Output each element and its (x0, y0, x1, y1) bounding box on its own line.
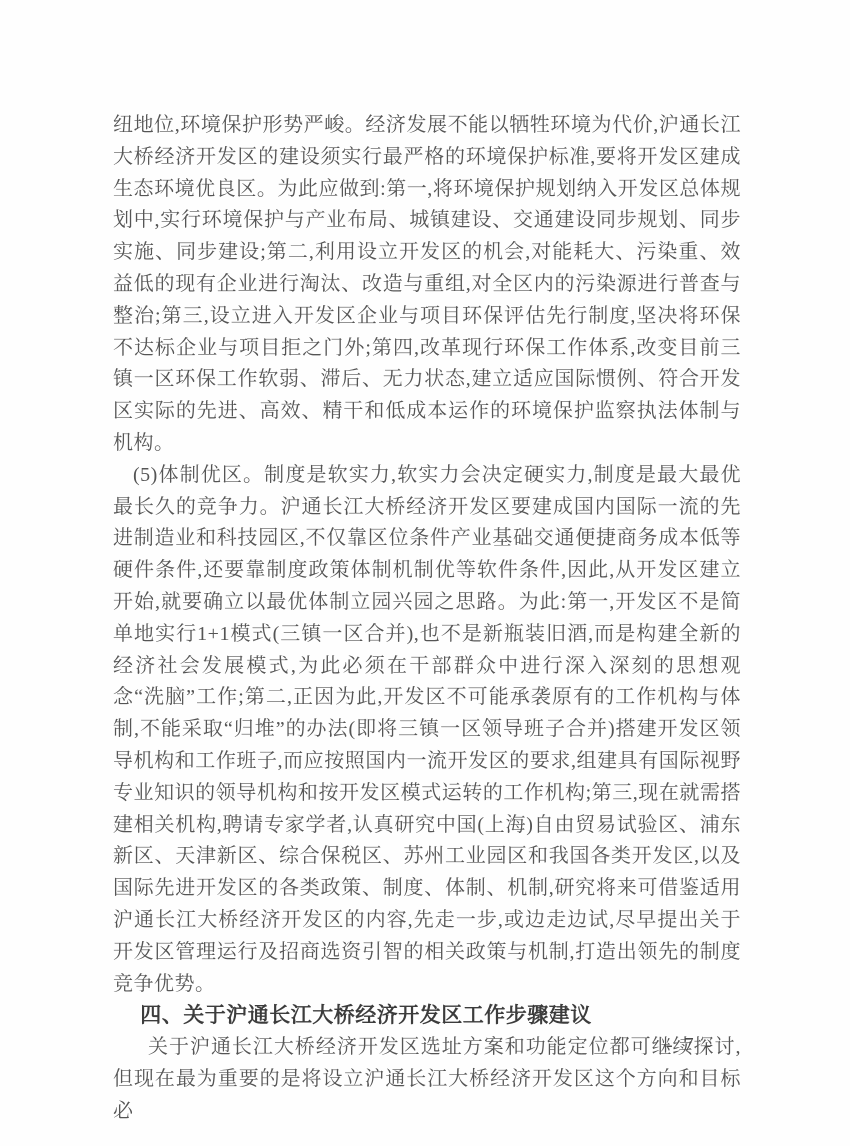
paragraph-environment-protection-continued: 纽地位,环境保护形势严峻。经济发展不能以牺牲环境为代价,沪通长江大桥经济开发区的… (113, 110, 741, 460)
paragraph-system-advantage-zone: (5)体制优区。制度是软实力,软实力会决定硬实力,制度是最大最优最长久的竞争力。… (113, 460, 741, 1001)
document-page: 纽地位,环境保护形势严峻。经济发展不能以牺牲环境为代价,沪通长江大桥经济开发区的… (0, 0, 850, 1146)
paragraph-work-steps-intro: 关于沪通长江大桥经济开发区选址方案和功能定位都可继续探讨,但现在最为重要的是将设… (113, 1032, 741, 1127)
document-text-block: 纽地位,环境保护形势严峻。经济发展不能以牺牲环境为代价,沪通长江大桥经济开发区的… (113, 110, 741, 1128)
section-heading-work-steps: 四、关于沪通长江大桥经济开发区工作步骤建议 (113, 1000, 741, 1032)
page-number: - 7 - (666, 1034, 714, 1057)
